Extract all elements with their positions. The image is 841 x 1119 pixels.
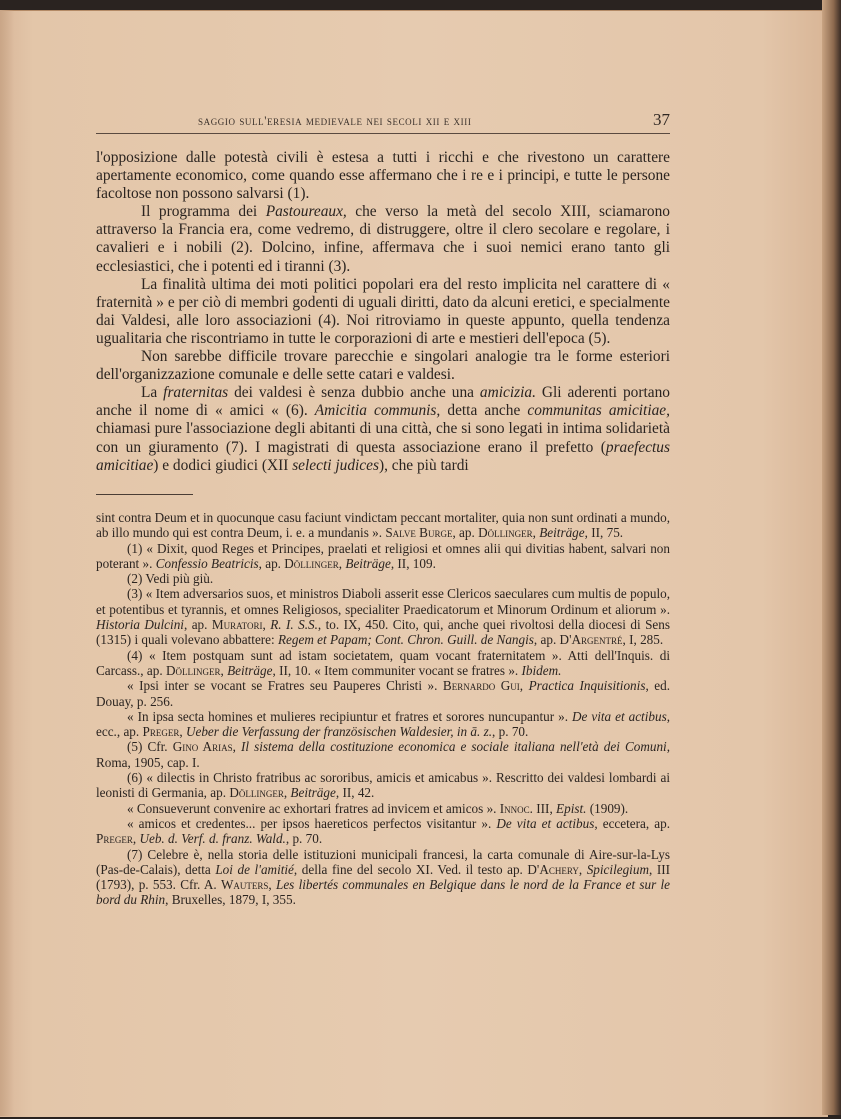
footnotes: sint contra Deum et in quocunque casu fa… (96, 510, 670, 908)
page-edge (822, 0, 841, 1115)
page-number: 37 (653, 110, 670, 130)
footnote-7: (7) Celebre è, nella storia delle istitu… (96, 847, 670, 908)
running-title: SAGGIO SULL'ERESIA MEDIEVALE NEI SECOLI … (198, 114, 471, 129)
footnote-6: (6) « dilectis in Christo fratribus ac s… (96, 770, 670, 801)
footnote-continuation: sint contra Deum et in quocunque casu fa… (96, 510, 670, 541)
footnote-2: (2) Vedi più giù. (96, 571, 670, 586)
paragraph-3: La finalità ultima dei moti politici pop… (96, 276, 670, 348)
paragraph-4: Non sarebbe difficile trovare parecchie … (96, 348, 670, 384)
paragraph-5: La fraternitas dei valdesi è senza dubbi… (96, 384, 670, 474)
footnote-5: (5) Cfr. Gino Arias, Il sistema della co… (96, 739, 670, 770)
main-text: l'opposizione dalle potestà civili è est… (96, 149, 670, 475)
footnote-4-quote-2: « Ipsi inter se vocant se Fratres seu Pa… (96, 678, 670, 709)
paragraph-2: Il programma dei Pastoureaux, che verso … (96, 203, 670, 275)
footnote-6-quote-3: « amicos et credentes... per ipsos haere… (96, 816, 670, 847)
footnote-4: (4) « Item postquam sunt ad istam societ… (96, 648, 670, 679)
header-rule (96, 133, 670, 134)
running-head: SAGGIO SULL'ERESIA MEDIEVALE NEI SECOLI … (96, 109, 670, 135)
footnote-4-quote-3: « In ipsa secta homines et mulieres reci… (96, 709, 670, 740)
page-gutter-shadow (0, 10, 14, 1116)
footnote-3: (3) « Item adversarios suos, et ministro… (96, 586, 670, 647)
paragraph-1: l'opposizione dalle potestà civili è est… (96, 149, 670, 203)
footnote-6-quote-2: « Consueverunt convenire ac exhortari fr… (96, 801, 670, 816)
footnote-1: (1) « Dixit, quod Reges et Principes, pr… (96, 541, 670, 572)
footnote-rule (96, 494, 193, 495)
